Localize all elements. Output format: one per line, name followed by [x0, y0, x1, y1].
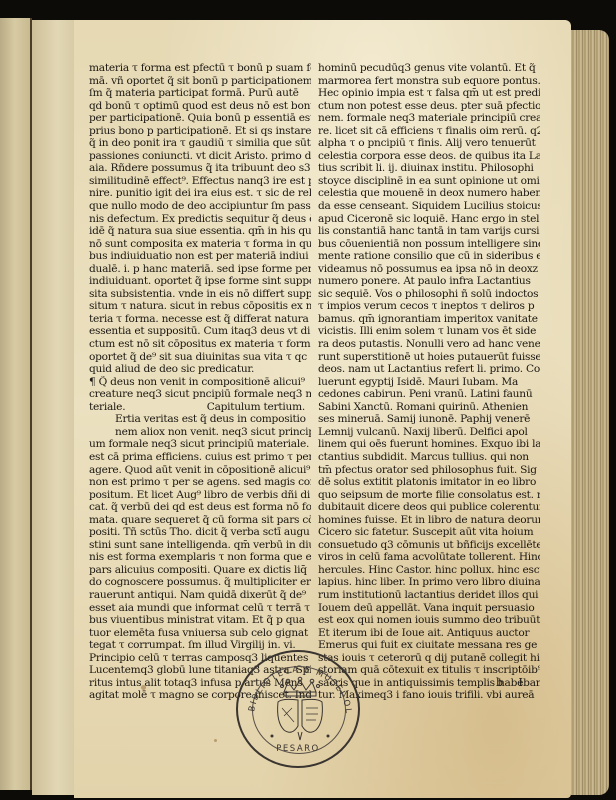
text-line: similitudinē effect⁹. Effectus nanq3 ire… [89, 175, 311, 188]
text-line: vicistis. Illi enim solem τ lunam vos ēt… [318, 325, 540, 338]
text-line: ſm q̃ materia participat formā. Purū aut… [89, 87, 311, 100]
text-line: ¶ Q̃ deus non venit in compositionē alic… [89, 376, 311, 389]
text-line: que nullo modo de deo accipiuntur ſm pas… [89, 200, 311, 213]
text-line: Cicero sic fatetur. Suscepit aūt vita ho… [318, 526, 540, 539]
text-line: celestia corpora esse deos. de quibus it… [318, 150, 540, 163]
text-line: Lemnij vulcanū. Naxij liberū. Delfici ap… [318, 426, 540, 439]
text-line: est eox qui nomen iouis summo deo tribuū… [318, 614, 540, 627]
text-line: marmorea fert monstra sub equore pontus. [318, 75, 540, 88]
text-line: lis constantiā hanc tantā in tam varijs … [318, 225, 540, 238]
text-line: aia. Rñdere possumus q̃ ita tribuunt deo… [89, 162, 311, 175]
text-line: pars alicuius compositi. Quare ex dictis… [89, 564, 311, 577]
text-line: viros in celū fama acvolūtate tollerent.… [318, 551, 540, 564]
text-line: positi. Tñ sctūs Tho. dicit q̃ verba sct… [89, 526, 311, 539]
text-line: ses mineruā. Samij iunonē. Paphij venerē [318, 413, 540, 426]
text-line: nō sunt composita ex materia τ forma in … [89, 238, 311, 251]
text-line: per participationē. Quia bonū p essentiā… [89, 112, 311, 125]
text-line: linem qui oēs fuerunt homines. Exquo ibi… [318, 438, 540, 451]
text-line: rauerunt antiqui. Nam quidā dixerūt q̃ d… [89, 589, 311, 602]
text-line: oportet q̃ de⁹ sit sua diuinitas sua vit… [89, 351, 311, 364]
text-line: Hec opinio impia est τ falsa qm̄ ut est … [318, 87, 540, 100]
text-line: quid aliud de deo sic predicatur. [89, 363, 311, 376]
text-line: rum institutionū lactantius deridet illo… [318, 589, 540, 602]
text-line: hominū pecudūq3 genus vite volantū. Et q… [318, 62, 540, 75]
text-line: sic sequiē. Vos o philosophi ñ solū indo… [318, 288, 540, 301]
text-line: do cognoscere possumus. q̃ multipliciter… [89, 576, 311, 589]
text-line: da esse censeant. Siquidem Lucilius stoi… [318, 200, 540, 213]
book-gutter [32, 20, 75, 795]
text-line: positum. Et licet Aug⁹ libro de verbis d… [89, 489, 311, 502]
right-text-column: hominū pecudūq3 genus vite volantū. Et q… [318, 62, 540, 702]
text-line: stoyce disciplinē in ea sunt opinione ut… [318, 175, 540, 188]
text-line: tius scribit li. ij. diuinax institu. Ph… [318, 162, 540, 175]
text-line: dualē. i. p hanc materiā. sed ipse forme… [89, 263, 311, 276]
text-line: mente ratione consilio que cū in siderib… [318, 250, 540, 263]
text-line: homines fuisse. Et in libro de natura de… [318, 514, 540, 527]
stamp-city: PESARO [238, 744, 358, 754]
library-stamp: BIBLIOTECA E MUSEI OLIVERIANI PESARO [236, 650, 360, 768]
text-line: essentia et suppositū. Cum itaq3 deus vt… [89, 325, 311, 338]
page-fore-edge [571, 30, 609, 795]
text-line: ctum non potest esse deus. pter suā pfec… [318, 100, 540, 113]
text-line: passiones coniuncti. vt dicit Aristo. pr… [89, 150, 311, 163]
text-line: bamus. qm̄ ignorantiam imperitox vanitat… [318, 313, 540, 326]
text-line: mā. vñ oportet q̃ sit bonū p participati… [89, 75, 311, 88]
text-line: videamus nō possumus ea ipsa nō in deoxz [318, 263, 540, 276]
chapter-heading: Capitulum tertium. [207, 401, 311, 414]
text-line: runt superstitionē ut hoies putauerūt fu… [318, 351, 540, 364]
signature-mark: b I [496, 676, 529, 689]
text-line: tm̄ pfectus orator sed philosophus fuit.… [318, 464, 540, 477]
text-line: alpha τ o pncipiū τ finis. Alij vero ten… [318, 137, 540, 150]
text-line: tegat τ corrumpat. ſm illud Virgilij in.… [89, 639, 311, 652]
text-line: bus cōuenientiā non possum intelligere s… [318, 238, 540, 251]
text-line: Emerus qui fuit ex ciuitate messana res … [318, 639, 540, 652]
text-line: nem aliox non venit. neq3 sicut principi [89, 426, 311, 439]
text-line: tuor elemēta fusa vniuersa sub celo gign… [89, 627, 311, 640]
text-line: bus viuentibus ministrat vitam. Et q̃ p … [89, 614, 311, 627]
text-line: ctantius subdidit. Marcus tullius. qui n… [318, 451, 540, 464]
text-line: situm τ natura. sicut in rebus cōpositis… [89, 300, 311, 313]
text-line: indiuiduant. oportet q̃ ipse forme sint … [89, 275, 311, 288]
text-line: cat. q̃ verbū dei qd est deus est forma … [89, 501, 311, 514]
text-line: prius bono p participationē. Et si qs in… [89, 125, 311, 138]
text-line: teriale.Capitulum tertium. [89, 401, 311, 414]
text-line: Et iterum ibi de Ioue ait. Antiquus auct… [318, 627, 540, 640]
svg-text:BIBLIOTECA E MUSEI OLIVERIANI: BIBLIOTECA E MUSEI OLIVERIANI [238, 652, 353, 715]
stamp-ring-text: BIBLIOTECA E MUSEI OLIVERIANI [238, 652, 353, 715]
text-line: celestia que mouenē in deox numero haben [318, 187, 540, 200]
text-line: creature neq3 sicut pncipiū formale neq3… [89, 388, 311, 401]
text-line: qd bonū τ optimū quod est deus nō est bo… [89, 100, 311, 113]
text-line: mata. quare sequeret q̃ cū forma sit par… [89, 514, 311, 527]
text-line: agere. Quod aūt venit in cōpositionē ali… [89, 464, 311, 477]
line-text: teriale. [89, 401, 125, 413]
text-line: q̃ in deo ponit ira τ gaudiū τ similia q… [89, 137, 311, 150]
text-line: nem. formale neq3 materiale principiū cr… [318, 112, 540, 125]
text-line: esset aia mundi que informat celū τ terr… [89, 602, 311, 615]
text-line: nire. punitio igit dei ira eius est. τ s… [89, 187, 311, 200]
text-line: cedones cabirun. Peni vranū. Latini faun… [318, 388, 540, 401]
text-line: hercules. Hinc Castor. hinc pollux. hinc… [318, 564, 540, 577]
text-line: apud Ciceronē sic loquiē. Hanc ergo in s… [318, 213, 540, 226]
text-line: dē solus extitit platonis imitator in eo… [318, 476, 540, 489]
text-line: re. licet sit cā efficiens τ finalis oim… [318, 125, 540, 138]
text-line: um formale neq3 sicut principiū material… [89, 438, 311, 451]
text-line: Ertia veritas est q̃ deus in compositio [89, 413, 311, 426]
text-line: nis est forma exemplaris τ non forma que… [89, 551, 311, 564]
text-line: numero ponere. At paulo infra Lactantius [318, 275, 540, 288]
left-text-column: materia τ forma est pfectū τ bonū p suam… [89, 62, 311, 702]
text-line: stini sunt sane intelligenda. qm̄ verbū … [89, 539, 311, 552]
text-line: bus indiuiduatio non est per materiā ind… [89, 250, 311, 263]
text-line: teria τ forma. necesse est q̃ differat n… [89, 313, 311, 326]
text-line: ctum est nō sit cōpositus ex materia τ f… [89, 338, 311, 351]
text-line: Iouem deū appellāt. Vana inquit persuasi… [318, 602, 540, 615]
text-line: dubitauit dicere deos qui publice colere… [318, 501, 540, 514]
foxing-spot [214, 739, 217, 742]
text-line: nis defectum. Ex predictis sequitur q̃ d… [89, 213, 311, 226]
text-line: idē q̃ natura sua siue essentia. qm̄ in … [89, 225, 311, 238]
text-line: est cā prima efficiens. cuius est primo … [89, 451, 311, 464]
text-line: τ impios verum cecos τ ineptos τ deliros… [318, 300, 540, 313]
text-line: sita subsistentia. vnde in eis nō differ… [89, 288, 311, 301]
text-line: ra deos putastis. Nonulli vero ad hanc v… [318, 338, 540, 351]
text-line: Sabini Xanctū. Romani quirinū. Athenien [318, 401, 540, 414]
text-line: materia τ forma est pfectū τ bonū p suam… [89, 62, 311, 75]
left-page-edge [0, 18, 32, 790]
text-line: deos. nam ut Lactantius refert li. primo… [318, 363, 540, 376]
text-line: non est primo τ per se agens. sed magis … [89, 476, 311, 489]
text-line: lapius. hinc liber. In primo vero libro … [318, 576, 540, 589]
text-line: consuetudo q3 cōmunis ut bñficijs excell… [318, 539, 540, 552]
text-line: luerunt egyptij Isidē. Mauri Iubam. Ma [318, 376, 540, 389]
text-line: quo seipsum de morte filie consolatus es… [318, 489, 540, 502]
